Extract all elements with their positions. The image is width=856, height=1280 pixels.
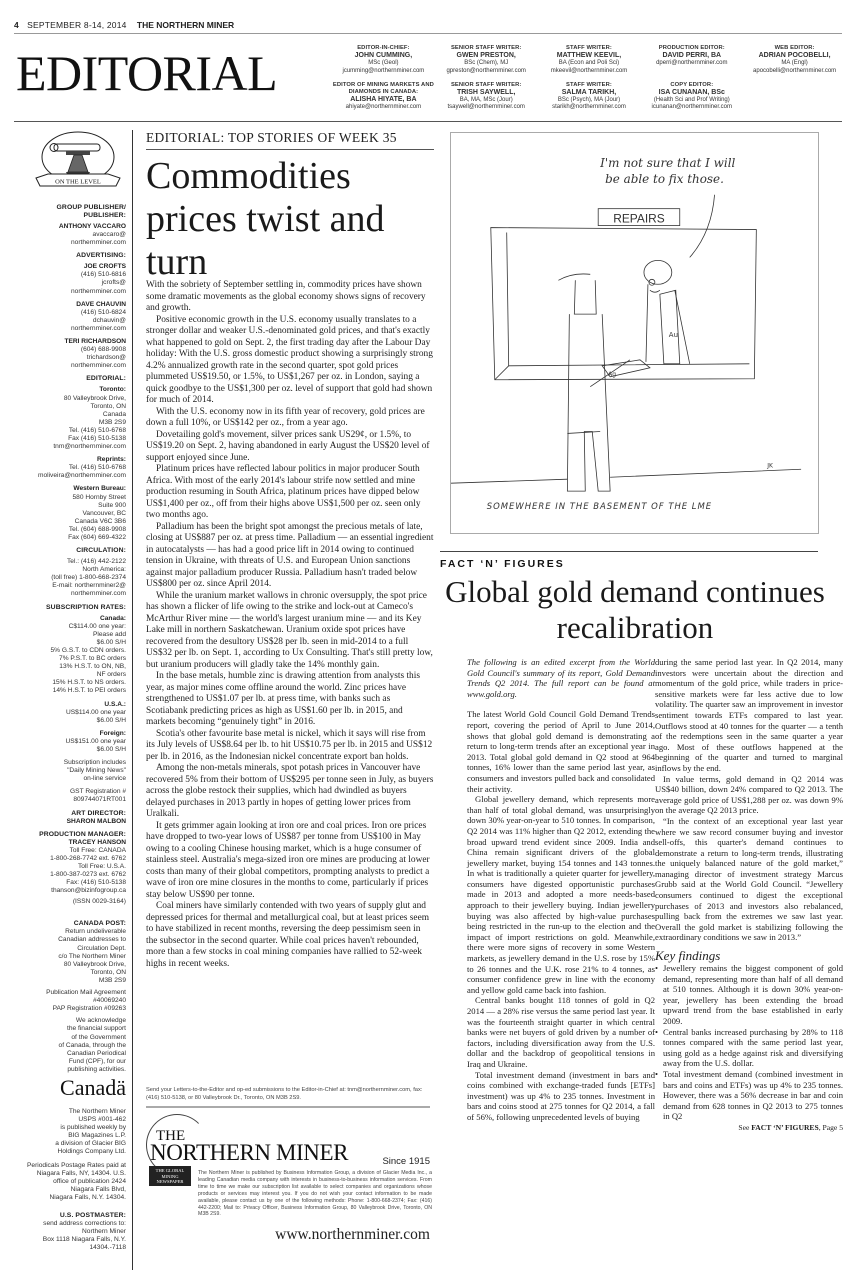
address-line: Suite 900 <box>14 502 126 510</box>
speech-line: I'm not sure that I will <box>599 156 735 170</box>
page-folio: 4 SEPTEMBER 8-14, 2014 THE NORTHERN MINE… <box>14 20 234 30</box>
text-line: send address corrections to: <box>14 1220 126 1228</box>
text-line: Toronto, ON <box>14 969 126 977</box>
email-link[interactable]: thanson@bizinfogroup.ca <box>14 887 126 895</box>
cartoon-drawing: I'm not sure that I will be able to fix … <box>451 133 818 533</box>
phone-number: (416) 510-6824 <box>14 309 126 317</box>
on-the-level-logo: ON THE LEVEL <box>28 130 128 192</box>
staff-credentials: MSc (Geol) <box>332 60 435 67</box>
paragraph: Positive economic growth in the U.S. eco… <box>146 315 434 407</box>
paragraph: Total investment demand (investment in b… <box>467 1070 655 1123</box>
staff-entry: SENIOR STAFF WRITER:TRISH SAYWELL,BA, MA… <box>435 82 538 112</box>
text-line: Canadian addresses to <box>14 936 126 944</box>
phone-number: Tel. (416) 510-6768 <box>14 464 126 472</box>
usa-rates: U.S.A.: US$114.00 one year $6.00 S/H <box>14 701 126 725</box>
northern-miner-logo-block: THE NORTHERN MINER THE GLOBAL MINING NEW… <box>146 1114 436 1274</box>
rate-line: 5% G.S.T. to CDN orders. <box>14 647 126 655</box>
paragraph: Palladium has been the bright spot among… <box>146 522 434 591</box>
speech-line: be able to fix those. <box>605 172 724 186</box>
text-line: Subscription includes <box>14 759 126 767</box>
section-heading: ART DIRECTOR: <box>14 810 126 818</box>
masthead-divider <box>14 121 842 122</box>
section-title: EDITORIAL <box>16 48 277 98</box>
key-finding-item: Central banks increased purchasing by 28… <box>655 1027 843 1069</box>
periodicals-block: Periodicals Postage Rates paid at Niagar… <box>14 1162 126 1202</box>
staff-credentials: BSc (Psych), MA (Jour) <box>538 97 641 104</box>
staff-email[interactable]: jcumming@northernminer.com <box>332 68 435 75</box>
email-link[interactable]: northernminer.com <box>14 590 126 598</box>
publisher-block: GROUP PUBLISHER/ PUBLISHER: ANTHONY VACC… <box>14 204 126 247</box>
region-label: Canada: <box>14 615 126 623</box>
section-heading: PRODUCTION MANAGER: <box>14 831 126 839</box>
silver-bar-label: Ag <box>608 371 616 378</box>
section-heading: EDITORIAL: <box>14 375 126 383</box>
staff-name: ALISHA HIYATE, BA <box>332 96 435 104</box>
paragraph: With the sobriety of September settling … <box>146 280 434 315</box>
key-finding-item: Total investment demand (combined invest… <box>655 1069 843 1122</box>
staff-email[interactable]: mkeevil@northernminer.com <box>538 68 641 75</box>
issue-date: SEPTEMBER 8-14, 2014 <box>27 20 126 30</box>
section-heading: U.S. POSTMASTER: <box>14 1212 126 1220</box>
text-line: M3B 2S9 <box>14 977 126 985</box>
issn-number: (ISSN 0029-3164) <box>14 898 126 906</box>
paragraph: Coal miners have similarly contended wit… <box>146 901 434 970</box>
text-line: Circulation Dept. <box>14 945 126 953</box>
text-line: Holdings Company Ltd. <box>14 1148 126 1156</box>
email-link[interactable]: moliveira@northernminer.com <box>14 472 126 480</box>
staff-role: SENIOR STAFF WRITER: <box>435 82 538 89</box>
text-line: office of publication 2424 <box>14 1178 126 1186</box>
text-line: Northern Miner <box>14 1228 126 1236</box>
svg-text:ON THE LEVEL: ON THE LEVEL <box>55 179 101 186</box>
person-name: DAVE CHAUVIN <box>14 301 126 309</box>
contact-entry: JOE CROFTS (416) 510-6816 jcrofts@ north… <box>14 263 126 295</box>
canada-wordmark: Canadä <box>14 1076 126 1100</box>
page-number: 4 <box>14 20 19 30</box>
staff-credentials: BA (Econ and Poli Sci) <box>538 60 641 67</box>
staff-entry: SENIOR STAFF WRITER:GWEN PRESTON,BSc (Ch… <box>435 45 538 75</box>
phone-number: Tel.: (416) 442-2122 <box>14 558 126 566</box>
paragraph: Platinum prices have reflected labour po… <box>146 464 434 522</box>
staff-email[interactable]: apocobelli@northernminer.com <box>743 68 846 75</box>
text-line: USPS #001-462 <box>14 1116 126 1124</box>
text-line: 14304.-7118 <box>14 1244 126 1252</box>
person-name: JOE CROFTS <box>14 263 126 271</box>
rate-line: 13% H.S.T. to ON, NB, <box>14 663 126 671</box>
staff-role: COPY EDITOR: <box>640 82 743 89</box>
text-line: of the Government <box>14 1034 126 1042</box>
text-line: publishing activities. <box>14 1066 126 1074</box>
staff-name: SALMA TARIKH, <box>538 89 641 97</box>
text-line: Niagara Falls Blvd, <box>14 1186 126 1194</box>
text-line: a division of Glacier BIG <box>14 1140 126 1148</box>
continued-page: , Page 5 <box>819 1123 843 1132</box>
paragraph: “In the context of an exceptional year l… <box>655 816 843 943</box>
office-label: Western Bureau: <box>14 485 126 493</box>
text-line: PAP Registration #09263 <box>14 1005 126 1013</box>
rate-line: US$114.00 one year <box>14 709 126 717</box>
text-line: Toll Free: CANADA <box>14 847 126 855</box>
section-heading: CIRCULATION: <box>14 547 126 555</box>
editorial-headline: Commodities prices twist and turn <box>146 155 434 284</box>
paragraph: Dovetailing gold's movement, silver pric… <box>146 430 434 465</box>
gst-registration: GST Registration # 809744071RT001 <box>14 788 126 804</box>
key-findings-heading: Key findings <box>655 948 843 963</box>
staff-entry: PRODUCTION EDITOR:DAVID PERRI, BAdperri@… <box>640 45 743 75</box>
contact-entry: TERI RICHARDSON (604) 688-9908 trichards… <box>14 338 126 370</box>
staff-entry: STAFF WRITER:SALMA TARIKH,BSc (Psych), M… <box>538 82 641 112</box>
contact-entry: DAVE CHAUVIN (416) 510-6824 dchauvin@ no… <box>14 301 126 333</box>
canada-rates: Canada: C$114.00 one year: Please add $6… <box>14 615 126 696</box>
staff-role: EDITOR-IN-CHIEF: <box>332 45 435 52</box>
subscription-block: SUBSCRIPTION RATES: Canada: C$114.00 one… <box>14 604 126 805</box>
fax-number: Fax (604) 669-4322 <box>14 534 126 542</box>
staff-email[interactable]: icunanan@northernminer.com <box>640 104 743 111</box>
staff-email[interactable]: tsaywell@northernminer.com <box>435 104 538 111</box>
phone-number: (604) 688-9908 <box>14 346 126 354</box>
staff-entry: EDITOR-IN-CHIEF:JOHN CUMMING,MSc (Geol)j… <box>332 45 435 75</box>
rate-line: $6.00 S/H <box>14 717 126 725</box>
section-heading: ADVERTISING: <box>14 252 126 260</box>
western-bureau: Western Bureau: 580 Hornby Street Suite … <box>14 485 126 542</box>
key-finding-item: Jewellery remains the biggest component … <box>655 963 843 1027</box>
text-line: #40069240 <box>14 997 126 1005</box>
email-link[interactable]: avaccaro@ <box>14 231 126 239</box>
staff-name: ISA CUNANAN, BSc <box>640 89 743 97</box>
paragraph: Central banks bought 118 tonnes of gold … <box>467 995 655 1069</box>
phone-number: 1-800-268-7742 ext. 6762 <box>14 855 126 863</box>
postmaster-block: U.S. POSTMASTER: send address correction… <box>14 1212 126 1252</box>
phone-number: (toll free) 1-800-668-2374 <box>14 574 126 582</box>
editorial-kicker: EDITORIAL: TOP STORIES OF WEEK 35 <box>146 130 434 150</box>
rate-line: $6.00 S/H <box>14 746 126 754</box>
office-label: Toronto: <box>14 386 126 394</box>
text-line: Return undeliverable <box>14 928 126 936</box>
staff-name: ADRIAN POCOBELLI, <box>743 52 846 60</box>
surveyor-level-icon: ON THE LEVEL <box>28 130 128 192</box>
key-findings-list: Jewellery remains the biggest component … <box>655 963 843 1122</box>
address-line: 80 Valleybrook Drive, <box>14 395 126 403</box>
text-line: Fund (CPF), for our <box>14 1058 126 1066</box>
paragraph: It gets grimmer again looking at iron or… <box>146 821 434 902</box>
fax-number: Fax (416) 510-5138 <box>14 435 126 443</box>
staff-entry: EDITOR OF MINING MARKETS AND DIAMONDS IN… <box>332 82 435 112</box>
staff-name: JOHN CUMMING, <box>332 52 435 60</box>
text-line: c/o The Northern Miner <box>14 953 126 961</box>
text-line: The Northern Miner <box>14 1108 126 1116</box>
cartoon-caption: SOMEWHERE IN THE BASEMENT OF THE LME <box>487 501 712 511</box>
staff-entry: COPY EDITOR:ISA CUNANAN, BSc(Health Sci … <box>640 82 743 112</box>
paragraph: Among the non-metals minerals, spot pota… <box>146 763 434 821</box>
editorial-contact-block: EDITORIAL: Toronto: 80 Valleybrook Drive… <box>14 375 126 542</box>
artist-signature: JK <box>766 462 774 469</box>
apron-label: Au <box>669 331 678 339</box>
text-line: Publication Mail Agreement <box>14 989 126 997</box>
address-line: Vancouver, BC <box>14 510 126 518</box>
staff-name: MATTHEW KEEVIL, <box>538 52 641 60</box>
text-line: the financial support <box>14 1025 126 1033</box>
foreign-rates: Foreign: US$151.00 one year $6.00 S/H <box>14 730 126 754</box>
fact-column-2: during the same period last year. In Q2 … <box>655 657 843 1134</box>
rate-line: $6.00 S/H <box>14 639 126 647</box>
fact-column-1: The following is an edited excerpt from … <box>467 657 655 1123</box>
staff-role: STAFF WRITER: <box>538 82 641 89</box>
address-line: Canada <box>14 411 126 419</box>
advertising-block: ADVERTISING: JOE CROFTS (416) 510-6816 j… <box>14 252 126 370</box>
subscription-includes: Subscription includes "Daily Mining News… <box>14 759 126 783</box>
text-line: Box 1118 Niagara Falls, N.Y. <box>14 1236 126 1244</box>
rate-line: 14% H.S.T. to PEI orders <box>14 687 126 695</box>
text-line: Periodicals Postage Rates paid at <box>14 1162 126 1170</box>
staff-credentials: MA (Engl) <box>743 60 846 67</box>
staff-role: STAFF WRITER: <box>538 45 641 52</box>
staff-name: GWEN PRESTON, <box>435 52 538 60</box>
text-line: We acknowledge <box>14 1017 126 1025</box>
email-link[interactable]: dchauvin@ <box>14 317 126 325</box>
email-link[interactable]: tnm@northernminer.com <box>14 443 126 451</box>
staff-entry: STAFF WRITER:MATTHEW KEEVIL,BA (Econ and… <box>538 45 641 75</box>
email-link[interactable]: trichardson@ <box>14 354 126 362</box>
continued-section: FACT ‘N’ FIGURES <box>751 1123 819 1132</box>
text-line: "Daily Mining News" <box>14 767 126 775</box>
address-line: M3B 2S9 <box>14 419 126 427</box>
section-heading: GROUP PUBLISHER/ PUBLISHER: <box>14 204 126 220</box>
since-label: Since 1915 <box>382 1156 430 1167</box>
section-divider <box>440 551 818 552</box>
government-acknowledgement: We acknowledge the financial support of … <box>14 1017 126 1074</box>
staff-sidebar: ON THE LEVEL GROUP PUBLISHER/ PUBLISHER:… <box>14 130 133 1270</box>
person-name: TERI RICHARDSON <box>14 338 126 346</box>
fact-n-figures-headline: Global gold demand continues recalibrati… <box>440 574 830 646</box>
folio-divider <box>14 33 842 34</box>
section-heading: CANADA POST: <box>14 920 126 928</box>
region-label: Foreign: <box>14 730 126 738</box>
editorial-body: With the sobriety of September settling … <box>146 280 434 970</box>
rate-line: C$114.00 one year: <box>14 623 126 631</box>
address-line: Toronto, ON <box>14 403 126 411</box>
phone-number: (416) 510-6816 <box>14 271 126 279</box>
text-line: North America: <box>14 566 126 574</box>
text-line: on-line service <box>14 775 126 783</box>
text-line: Niagara Falls, NY, 14304. U.S. <box>14 1170 126 1178</box>
person-name: TRACEY HANSON <box>14 839 126 847</box>
staff-credentials: BSc (Chem), MJ <box>435 60 538 67</box>
editorial-cartoon: I'm not sure that I will be able to fix … <box>450 132 819 534</box>
rate-line: Please add <box>14 631 126 639</box>
email-link[interactable]: northernminer.com <box>14 325 126 333</box>
phone-number: Tel. (604) 688-9908 <box>14 526 126 534</box>
footer-divider <box>146 1106 430 1108</box>
canada-post-block: CANADA POST: Return undeliverable Canadi… <box>14 920 126 1100</box>
phone-number: 1-800-387-0273 ext. 6762 <box>14 871 126 879</box>
paragraph: The latest World Gold Council Gold Deman… <box>467 709 655 794</box>
region-label: U.S.A.: <box>14 701 126 709</box>
text-line: Niagara Falls, N.Y. 14304. <box>14 1194 126 1202</box>
staff-role: PRODUCTION EDITOR: <box>640 45 743 52</box>
logo-badge: THE GLOBAL MINING NEWSPAPER <box>149 1166 191 1186</box>
staff-email[interactable]: gpreston@northernminer.com <box>435 68 538 75</box>
staff-name: TRISH SAYWELL, <box>435 89 538 97</box>
rate-line: US$151.00 one year <box>14 738 126 746</box>
email-link[interactable]: E-mail: northernminer2@ <box>14 582 126 590</box>
office-label: Reprints: <box>14 456 126 464</box>
paragraph: Scotia's other favourite base metal is n… <box>146 729 434 764</box>
text-line: Canadian Periodical <box>14 1050 126 1058</box>
person-name: SHARON MALBON <box>14 818 126 826</box>
production-block: PRODUCTION MANAGER: TRACEY HANSON Toll F… <box>14 831 126 907</box>
staff-name: DAVID PERRI, BA <box>640 52 743 60</box>
text-line: BIG Magazines L.P. <box>14 1132 126 1140</box>
staff-role: EDITOR OF MINING MARKETS AND DIAMONDS IN… <box>332 82 435 97</box>
art-director-block: ART DIRECTOR: SHARON MALBON <box>14 810 126 826</box>
staff-role: WEB EDITOR: <box>743 45 846 52</box>
paragraph: With the U.S. economy now in its fifth y… <box>146 407 434 430</box>
paragraph: during the same period last year. In Q2 … <box>655 657 843 774</box>
email-link[interactable]: northernminer.com <box>14 288 126 296</box>
fact-n-figures-kicker: FACT ‘N’ FIGURES <box>440 558 565 570</box>
address-line: Canada V6C 3B6 <box>14 518 126 526</box>
staff-entry: WEB EDITOR:ADRIAN POCOBELLI,MA (Engl)apo… <box>743 45 846 75</box>
staff-email[interactable]: dperri@northernminer.com <box>640 60 743 67</box>
email-link[interactable]: northernminer.com <box>14 239 126 247</box>
repairs-sign: REPAIRS <box>613 212 665 226</box>
reprints-contact: Reprints: Tel. (416) 510-6768 moliveira@… <box>14 456 126 480</box>
publication-name: THE NORTHERN MINER <box>137 20 234 30</box>
toronto-office: Toronto: 80 Valleybrook Drive, Toronto, … <box>14 386 126 451</box>
mail-agreement: Publication Mail Agreement #40069240 PAP… <box>14 989 126 1013</box>
email-link[interactable]: northernminer.com <box>14 362 126 370</box>
rate-line: 7% P.S.T. to BC orders <box>14 655 126 663</box>
section-heading: SUBSCRIPTION RATES: <box>14 604 126 612</box>
fax-number: Fax: (416) 510-5138 <box>14 879 126 887</box>
text-line: of Canada, through the <box>14 1042 126 1050</box>
email-link[interactable]: jcrofts@ <box>14 279 126 287</box>
logo-wordmark: NORTHERN MINER <box>150 1140 348 1166</box>
continued-on-link[interactable]: See FACT ‘N’ FIGURES, Page 5 <box>655 1123 843 1134</box>
text-line: GST Registration # <box>14 788 126 796</box>
person-name: ANTHONY VACCARO <box>14 223 126 231</box>
text-line: 80 Valleybrook Drive, <box>14 961 126 969</box>
intro-paragraph: The following is an edited excerpt from … <box>467 657 655 699</box>
staff-email[interactable]: ahiyate@northernminer.com <box>332 104 435 111</box>
paragraph: Global jewellery demand, which represent… <box>467 794 655 995</box>
staff-role: SENIOR STAFF WRITER: <box>435 45 538 52</box>
text-line: 809744071RT001 <box>14 796 126 804</box>
staff-email[interactable]: starikh@northernminer.com <box>538 104 641 111</box>
circulation-block: CIRCULATION: Tel.: (416) 442-2122 North … <box>14 547 126 598</box>
rate-line: 15% H.S.T. to NS orders. <box>14 679 126 687</box>
paragraph: In the base metals, humble zinc is drawi… <box>146 671 434 729</box>
website-link[interactable]: www.northernminer.com <box>275 1226 430 1244</box>
text-line: is published weekly by <box>14 1124 126 1132</box>
staff-credentials: BA, MA, MSc (Jour) <box>435 97 538 104</box>
paragraph: While the uranium market wallows in chro… <box>146 591 434 672</box>
rate-line: NF orders <box>14 671 126 679</box>
staff-credentials: (Health Sci and Prof Writing) <box>640 97 743 104</box>
publisher-fine-print: The Northern Miner is published by Busin… <box>198 1170 432 1218</box>
letters-submission-note: Send your Letters-to-the-Editor and op-e… <box>146 1086 434 1102</box>
phone-number: Tel. (416) 510-6768 <box>14 427 126 435</box>
usps-block: The Northern Miner USPS #001-462 is publ… <box>14 1108 126 1157</box>
text-line: Toll Free: U.S.A. <box>14 863 126 871</box>
address-line: 580 Hornby Street <box>14 494 126 502</box>
paragraph: In value terms, gold demand in Q2 2014 w… <box>655 774 843 816</box>
continued-prefix: See <box>738 1123 751 1132</box>
staff-directory: EDITOR-IN-CHIEF:JOHN CUMMING,MSc (Geol)j… <box>332 45 846 112</box>
